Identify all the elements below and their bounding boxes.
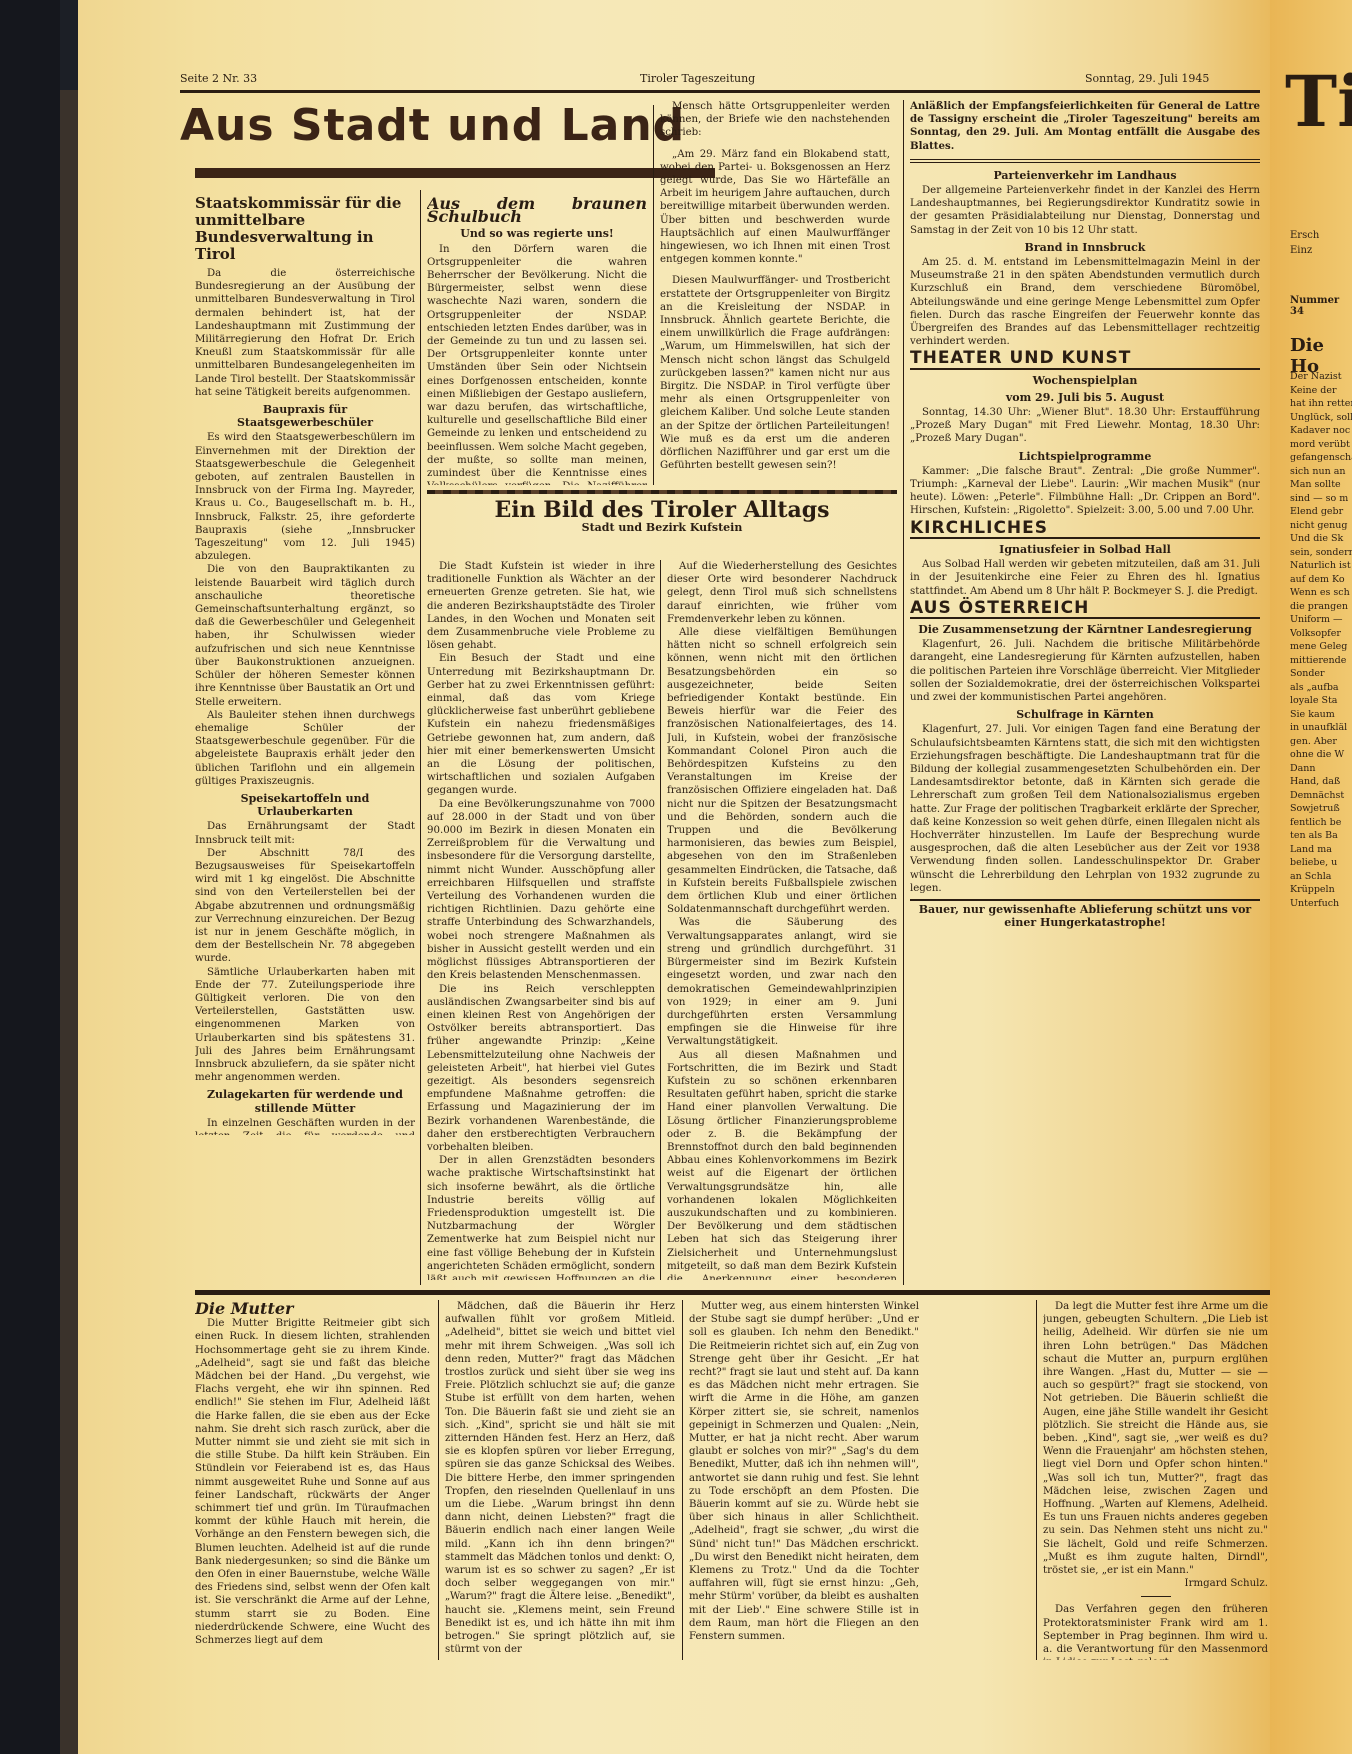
slogan-box: Bauer, nur gewissenhafte Ablieferung sch… [910,899,1260,929]
next-page-line: Hand, daß [1290,775,1352,789]
program-listing: Sonntag, 14.30 Uhr: „Wiener Blut". 18.30… [910,406,1260,446]
news-brief: Das Verfahren gegen den früheren Protekt… [1043,1603,1268,1660]
paragraph: Der Abschnitt 78/I des Bezugsausweises f… [195,847,415,966]
page-number: Seite 2 Nr. 33 [180,72,257,85]
next-page-line: Unterfuch [1290,897,1352,911]
paragraph: Diesen Maulwurffänger- und Trostbericht … [660,274,890,472]
next-page-line: Krüppeln [1290,883,1352,897]
next-page-text: Einz [1290,245,1312,256]
next-page-line: Wenn es sch [1290,586,1352,600]
issue-date: Sonntag, 29. Juli 1945 [1085,72,1209,85]
paragraph: Aus Solbad Hall werden wir gebeten mitzu… [910,558,1260,598]
next-page-line: Demnächst [1290,789,1352,803]
section-masthead: Aus Stadt und Land [180,100,730,170]
subheading: Speisekartoffeln und Urlauberkarten [195,792,415,818]
next-page-line: an Schla [1290,870,1352,884]
story-text: Mädchen, daß die Bäuerin ihr Herz aufwal… [445,1300,675,1656]
subheading: Wochenspielplan [910,374,1260,387]
paragraph: Das Ernährungsamt der Stadt Innsbruck te… [195,820,415,846]
column-4: Anläßlich der Empfangsfeierlichkeiten fü… [910,100,1260,1285]
subheading: Ignatiusfeier in Solbad Hall [910,543,1260,556]
book-binding [0,0,60,1754]
paragraph: Am 25. d. M. entstand im Lebensmittelmag… [910,256,1260,348]
next-page-line: Sie kaum [1290,708,1352,722]
next-page-line: Kadaver noc [1290,424,1352,438]
column-divider [903,100,904,1285]
next-page-line: in unaufkläl [1290,721,1352,735]
paragraph: Der in allen Grenzstädten besonders wach… [427,1154,655,1280]
column-divider [653,105,654,485]
story-author: Irmgard Schulz. [1043,1577,1268,1590]
next-page-line: Elend gebr [1290,505,1352,519]
subheading: Schulfrage in Kärnten [910,708,1260,721]
publication-notice: Anläßlich der Empfangsfeierlichkeiten fü… [910,100,1260,153]
column-divider [660,560,661,1280]
next-page-line: Land ma [1290,843,1352,857]
newspaper-name: Tiroler Tageszeitung [640,72,755,85]
story-text: Mutter weg, aus einem hintersten Winkel … [689,1300,919,1643]
paragraph: Da eine Bevölkerungszunahme von 7000 auf… [427,798,655,983]
next-page-line: mittierende [1290,654,1352,668]
article-title: Aus dem braunen Schulbuch [427,197,647,223]
article-title: Staatskommissär für die unmittelbare Bun… [195,195,415,263]
next-page-line: sein, sondern [1290,546,1352,560]
paragraph: Was die Säuberung des Verwaltungsapparat… [667,916,897,1048]
feature-column-b: Auf die Wiederherstellung des Gesichtes … [667,560,897,1280]
section-title-austria: AUS ÖSTERREICH [910,602,1260,619]
next-page-line: Keine der [1290,384,1352,398]
next-page-line: ten als Ba [1290,829,1352,843]
column-divider [420,190,421,1285]
next-page-line: Volksopfer [1290,627,1352,641]
column-divider [1036,1300,1037,1660]
next-page-line: Sonder [1290,667,1352,681]
section-title-church: KIRCHLICHES [910,522,1260,539]
paragraph: Als Bauleiter stehen ihnen durchwegs ehe… [195,709,415,788]
subheading: Lichtspielprogramme [910,450,1260,463]
subheading: Zulagekarten für werdende und stillende … [195,1088,415,1114]
next-page-line: Uniform — [1290,613,1352,627]
next-page-line: auf dem Ko [1290,573,1352,587]
paragraph: Auf die Wiederherstellung des Gesichtes … [667,560,897,626]
column-3: Mensch hätte Ortsgruppenleiter werden kö… [660,100,890,485]
column-divider [682,1300,683,1660]
next-page-line: loyale Sta [1290,694,1352,708]
paragraph: Mensch hätte Ortsgruppenleiter werden kö… [660,100,890,140]
next-page-line: fentlich be [1290,816,1352,830]
next-page-line: als „aufba [1290,681,1352,695]
paragraph: Aus all diesen Maßnahmen und Fortschritt… [667,1049,897,1280]
column-1: Staatskommissär für die unmittelbare Bun… [195,195,415,1135]
paragraph: Klagenfurt, 27. Juli. Vor einigen Tagen … [910,723,1260,895]
binding-edge [60,90,80,1754]
next-page-line: hat ihn retten [1290,397,1352,411]
paragraph: Sämtliche Urlauberkarten haben mit Ende … [195,966,415,1085]
story-column-1: Die Mutter Die Mutter Brigitte Reitmeier… [195,1300,430,1660]
section-title-theater: THEATER UND KUNST [910,352,1260,369]
feature-subtitle: Stadt und Bezirk Kufstein [427,521,897,534]
paragraph: Da die österreichische Bundesregierung a… [195,267,415,399]
story-title: Die Mutter [195,1302,430,1315]
next-page-line: mord verübt [1290,438,1352,452]
date-range: vom 29. Juli bis 5. August [910,391,1260,404]
story-column-4: Da legt die Mutter fest ihre Arme um die… [1043,1300,1268,1660]
story-column-3: Mutter weg, aus einem hintersten Winkel … [689,1300,919,1660]
story-column-2: Mädchen, daß die Bäuerin ihr Herz aufwal… [445,1300,675,1660]
story-text: Da legt die Mutter fest ihre Arme um die… [1043,1300,1268,1577]
paragraph: Die von den Baupraktikanten zu leistende… [195,563,415,708]
next-page-line: Der Nazist [1290,370,1352,384]
wavy-divider [427,490,897,494]
paragraph: Klagenfurt, 26. Juli. Nachdem die britis… [910,638,1260,704]
next-page-line: Dann [1290,762,1352,776]
next-page-line: sich nun an [1290,465,1352,479]
next-page-line: gen. Aber [1290,735,1352,749]
film-listing: Kammer: „Die falsche Braut". Zentral: „D… [910,465,1260,518]
next-page-line: mene Geleg [1290,640,1352,654]
feature-heading: Ein Bild des Tiroler Alltags Stadt und B… [427,500,897,560]
quoted-letter: „Am 29. März fand ein Blokabend statt, w… [660,148,890,267]
feature-column-a: Die Stadt Kufstein ist wieder in ihre tr… [427,560,655,1280]
paragraph: Es wird den Staatsgewerbeschülern im Ein… [195,431,415,563]
subheading: Baupraxis für Staatsgewerbeschüler [195,403,415,429]
paragraph: Der allgemeine Parteienverkehr findet in… [910,184,1260,237]
masthead-bar [195,168,715,178]
next-page-text: Ersch [1290,230,1319,241]
paragraph: In den Dörfern waren die Ortsgruppenleit… [427,243,647,485]
column-2: Aus dem braunen Schulbuch Und so was reg… [427,195,647,485]
story-rule [195,1290,1270,1295]
next-page-line: gefangenschaft [1290,451,1352,465]
header-rule [180,90,1260,93]
separator [1141,1596,1171,1597]
next-page-line: ohne die W [1290,748,1352,762]
subheading: Und so was regierte uns! [427,227,647,240]
next-page-line: Unglück, soll [1290,411,1352,425]
paragraph: Die ins Reich verschleppten ausländische… [427,983,655,1155]
next-page-line: Man sollte [1290,478,1352,492]
subheading: Die Zusammensetzung der Kärntner Landesr… [910,623,1260,636]
next-page-line: Und die Sk [1290,532,1352,546]
column-divider [438,1300,439,1660]
notice-rule [910,153,1260,163]
paragraph: In einzelnen Geschäften wurden in der le… [195,1117,415,1135]
next-page-masthead: Ti [1285,60,1352,143]
subheading: Brand in Innsbruck [910,241,1260,254]
next-page-column: Der NazistKeine derhat ihn rettenUnglück… [1290,370,1352,910]
next-page-line: Sowjetruß [1290,802,1352,816]
next-page-line: die prangen [1290,600,1352,614]
story-text: Die Mutter Brigitte Reitmeier gibt sich … [195,1317,430,1647]
next-page-line: Naturlich ist [1290,559,1352,573]
paragraph: Die Stadt Kufstein ist wieder in ihre tr… [427,560,655,652]
subheading: Parteienverkehr im Landhaus [910,169,1260,182]
next-page-line: sind — so m [1290,492,1352,506]
next-page-line: nicht genug [1290,519,1352,533]
paragraph: Ein Besuch der Stadt und eine Unterredun… [427,652,655,797]
feature-title: Ein Bild des Tiroler Alltags [427,504,897,517]
next-page-issue: Nummer 34 [1290,295,1352,317]
next-page-line: beliebe, u [1290,856,1352,870]
paragraph: Alle diese vielfältigen Bemühungen hätte… [667,626,897,916]
